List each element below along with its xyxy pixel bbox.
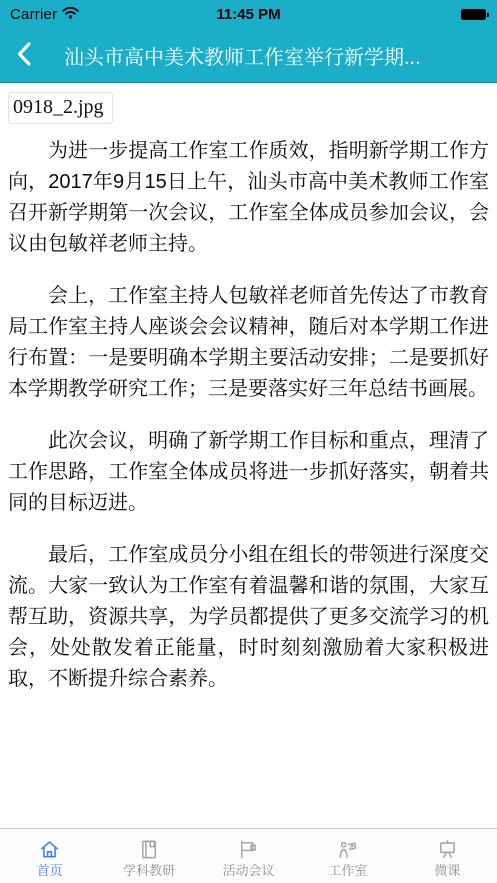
article-paragraph: 此次会议，明确了新学期工作目标和重点，理清了工作思路，工作室全体成员将进一步抓好…	[8, 426, 489, 519]
tab-label: 活动会议	[223, 864, 275, 878]
article-content: 0918_2.jpg 为进一步提高工作室工作质效，指明新学期工作方向，2017年…	[0, 83, 497, 828]
notebook-icon	[138, 838, 161, 862]
tab-home[interactable]: 首页	[0, 829, 99, 883]
back-button[interactable]	[0, 35, 42, 76]
presenter-icon	[336, 838, 359, 862]
tab-label: 微课	[434, 864, 460, 878]
tab-label: 学科教研	[123, 864, 175, 878]
flag-icon	[237, 838, 260, 862]
status-bar: Carrier 11:45 PM	[0, 0, 497, 29]
chevron-left-icon	[16, 41, 32, 70]
tab-bar: 首页 学科教研 活动会议	[0, 828, 497, 883]
tab-workshop[interactable]: 工作室	[298, 829, 397, 883]
tab-label: 首页	[37, 864, 63, 878]
broken-image-placeholder: 0918_2.jpg	[8, 92, 113, 124]
tab-events-meetings[interactable]: 活动会议	[199, 829, 298, 883]
article-paragraph: 会上，工作室主持人包敏祥老师首先传达了市教育局工作室主持人座谈会会议精神，随后对…	[8, 281, 489, 405]
clock-time: 11:45 PM	[0, 6, 497, 23]
page-title: 汕头市高中美术教师工作室举行新学期...	[64, 41, 497, 70]
article-paragraph: 最后，工作室成员分小组在组长的带领进行深度交流。大家一致认为工作室有着温馨和谐的…	[8, 540, 489, 695]
nav-bar: 汕头市高中美术教师工作室举行新学期...	[0, 29, 497, 83]
presentation-screen-icon	[436, 838, 459, 862]
tab-subject-research[interactable]: 学科教研	[99, 829, 198, 883]
tab-micro-lessons[interactable]: 微课	[398, 829, 497, 883]
article-paragraph: 为进一步提高工作室工作质效，指明新学期工作方向，2017年9月15日上午，汕头市…	[8, 136, 489, 260]
home-icon	[38, 838, 61, 862]
app-screen: Carrier 11:45 PM 汕头市高中美术教师工作室举行新学期.	[0, 0, 497, 883]
battery-icon	[461, 9, 489, 20]
tab-label: 工作室	[328, 864, 367, 878]
